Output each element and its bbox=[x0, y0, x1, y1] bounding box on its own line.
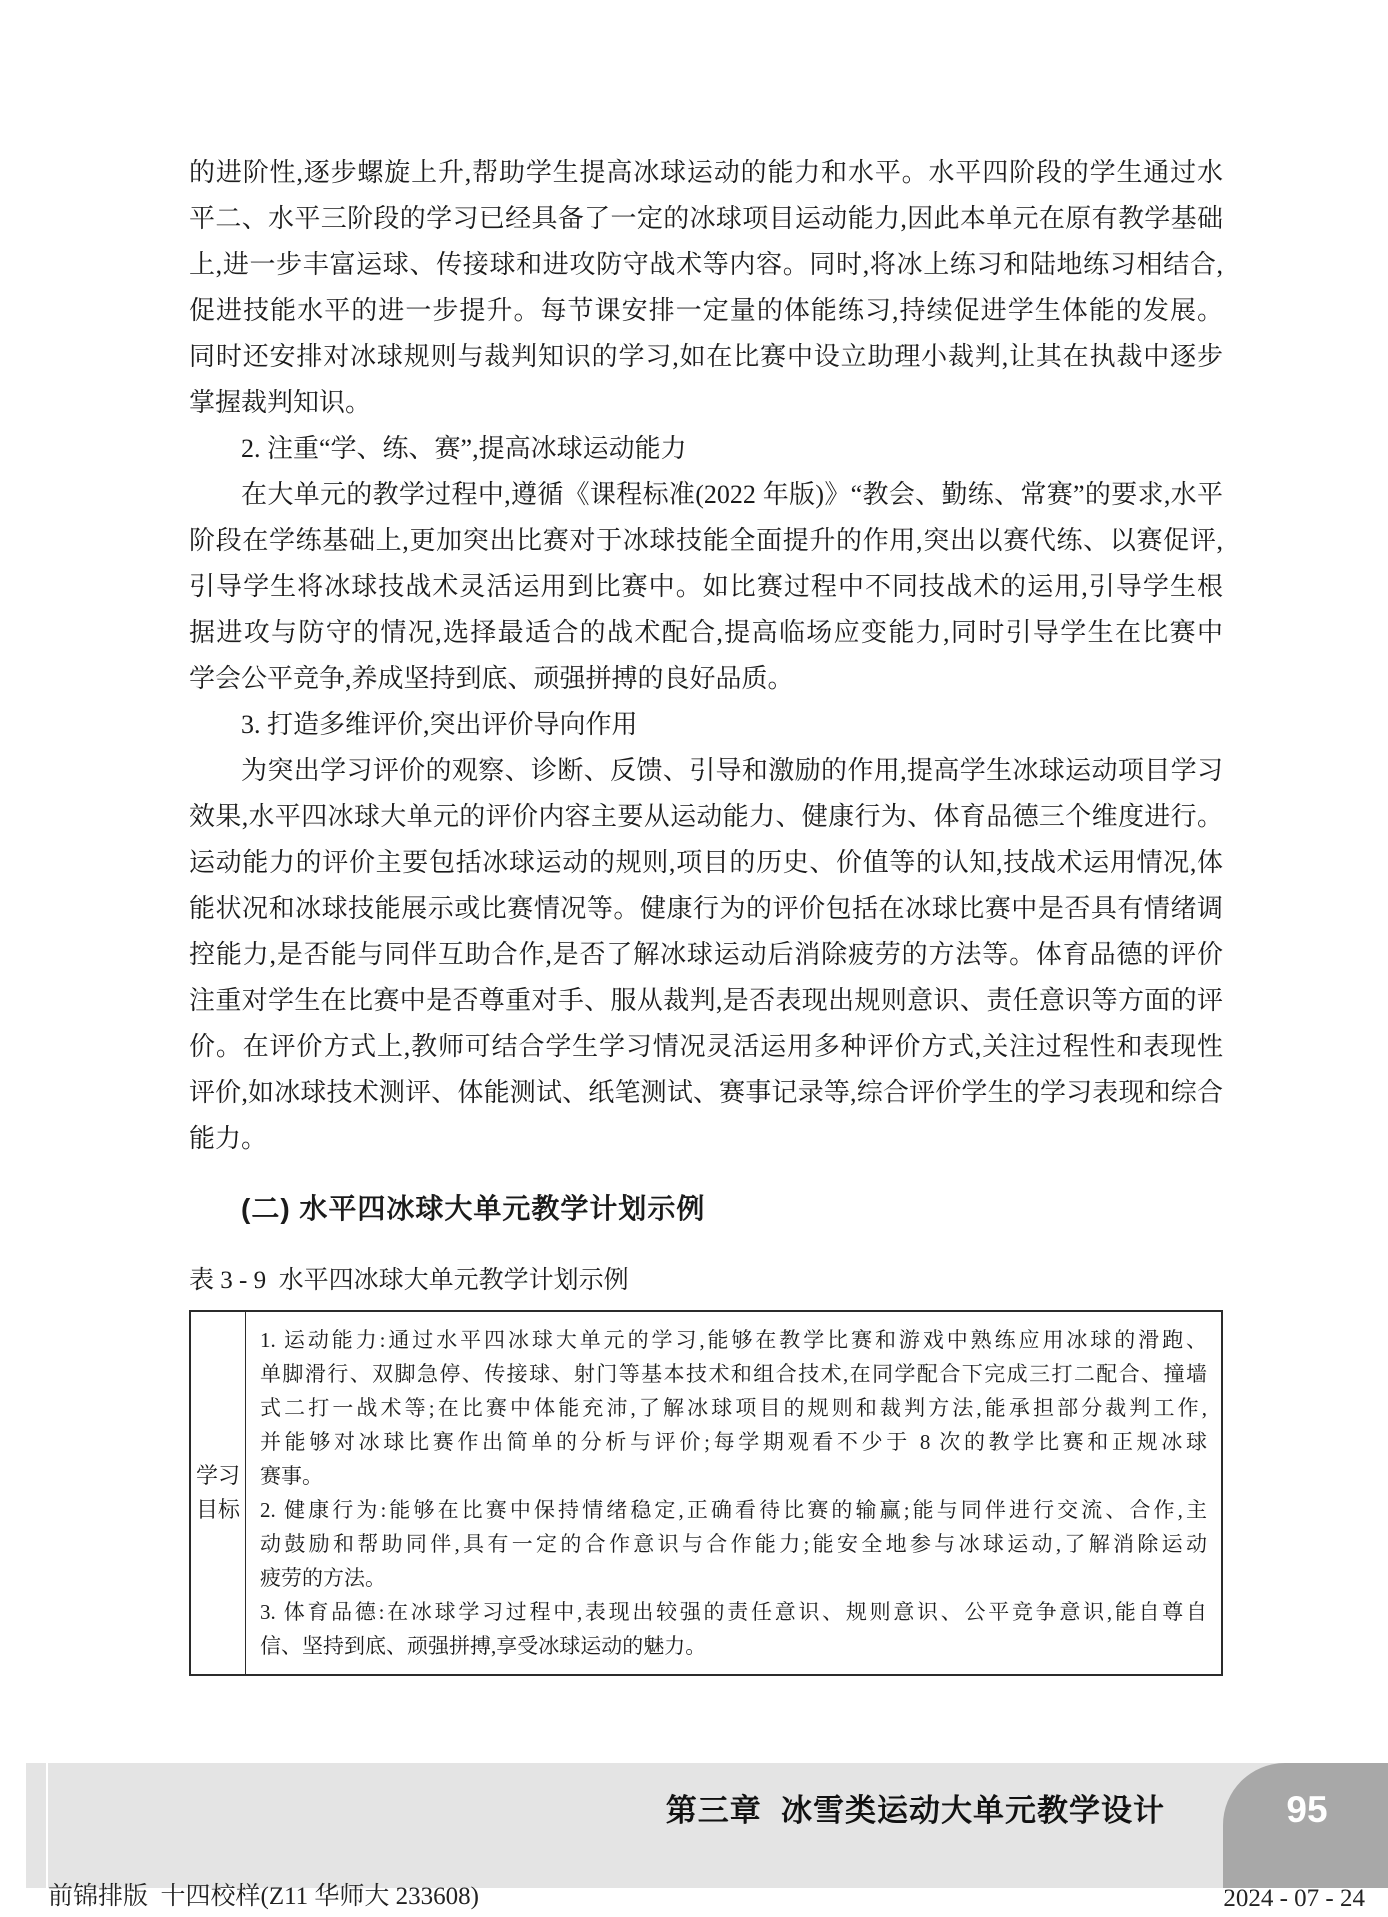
table-text-line: 3. 体育品德:在冰球学习过程中,表现出较强的责任意识、规则意识、公平竞争意识,… bbox=[260, 1595, 1207, 1629]
body-text-line: 促进技能水平的进一步提升。每节课安排一定量的体能练习,持续促进学生体能的发展。 bbox=[189, 288, 1223, 334]
table-text-line: 疲劳的方法。 bbox=[260, 1561, 1207, 1595]
body-text-line: 价。在评价方式上,教师可结合学生学习情况灵活运用多种评价方式,关注过程性和表现性 bbox=[189, 1024, 1223, 1070]
body-text-line: 控能力,是否能与同伴互助合作,是否了解冰球运动后消除疲劳的方法等。体育品德的评价 bbox=[189, 932, 1223, 978]
proof-date: 2024 - 07 - 24 bbox=[1223, 1884, 1365, 1914]
row-header-line: 目标 bbox=[196, 1493, 240, 1527]
table-row-header: 学习目标 bbox=[191, 1312, 246, 1674]
running-chapter-title: 第三章 冰雪类运动大单元教学设计 bbox=[666, 1794, 1165, 1828]
body-text-line: 上,进一步丰富运球、传接球和进攻防守战术等内容。同时,将冰上练习和陆地练习相结合… bbox=[189, 242, 1223, 288]
body-text-line: 据进攻与防守的情况,选择最适合的战术配合,提高临场应变能力,同时引导学生在比赛中 bbox=[189, 610, 1223, 656]
body-paragraphs: 的进阶性,逐步螺旋上升,帮助学生提高冰球运动的能力和水平。水平四阶段的学生通过水… bbox=[189, 150, 1223, 1162]
body-text-line: 效果,水平四冰球大单元的评价内容主要从运动能力、健康行为、体育品德三个维度进行。 bbox=[189, 794, 1223, 840]
body-text-line: 的进阶性,逐步螺旋上升,帮助学生提高冰球运动的能力和水平。水平四阶段的学生通过水 bbox=[189, 150, 1223, 196]
text-column: 的进阶性,逐步螺旋上升,帮助学生提高冰球运动的能力和水平。水平四阶段的学生通过水… bbox=[189, 150, 1223, 1676]
body-text-line: 同时还安排对冰球规则与裁判知识的学习,如在比赛中设立助理小裁判,让其在执裁中逐步 bbox=[189, 334, 1223, 380]
table-text-line: 并能够对冰球比赛作出简单的分析与评价;每学期观看不少于 8 次的教学比赛和正规冰… bbox=[260, 1425, 1207, 1459]
body-text-line: 能力。 bbox=[189, 1116, 1223, 1162]
body-text-line: 注重对学生在比赛中是否尊重对手、服从裁判,是否表现出规则意识、责任意识等方面的评 bbox=[189, 978, 1223, 1024]
table-text-line: 信、坚持到底、顽强拼搏,享受冰球运动的魅力。 bbox=[260, 1629, 1207, 1663]
body-text-line: 评价,如冰球技术测评、体能测试、纸笔测试、赛事记录等,综合评价学生的学习表现和综… bbox=[189, 1070, 1223, 1116]
body-text-line: 学会公平竞争,养成坚持到底、顽强拼搏的良好品质。 bbox=[189, 656, 1223, 702]
body-text-line: 3. 打造多维评价,突出评价导向作用 bbox=[189, 702, 1223, 748]
page: 的进阶性,逐步螺旋上升,帮助学生提高冰球运动的能力和水平。水平四阶段的学生通过水… bbox=[0, 0, 1388, 1917]
page-number: 95 bbox=[1237, 1790, 1377, 1830]
table-text-line: 2. 健康行为:能够在比赛中保持情绪稳定,正确看待比赛的输赢;能与同伴进行交流、… bbox=[260, 1493, 1207, 1527]
body-text-line: 在大单元的教学过程中,遵循《课程标准(2022 年版)》“教会、勤练、常赛”的要… bbox=[189, 472, 1223, 518]
proof-stamp: 前锦排版 十四校样(Z11 华师大 233608) bbox=[48, 1882, 479, 1912]
body-text-line: 引导学生将冰球技战术灵活运用到比赛中。如比赛过程中不同技战术的运用,引导学生根 bbox=[189, 564, 1223, 610]
body-text-line: 运动能力的评价主要包括冰球运动的规则,项目的历史、价值等的认知,技战术运用情况,… bbox=[189, 840, 1223, 886]
table-text-line: 动鼓励和帮助同伴,具有一定的合作意识与合作能力;能安全地参与冰球运动,了解消除运… bbox=[260, 1527, 1207, 1561]
body-text-line: 平二、水平三阶段的学习已经具备了一定的冰球项目运动能力,因此本单元在原有教学基础 bbox=[189, 196, 1223, 242]
learning-goals-table: 学习目标 1. 运动能力:通过水平四冰球大单元的学习,能够在教学比赛和游戏中熟练… bbox=[189, 1310, 1223, 1676]
body-text-line: 为突出学习评价的观察、诊断、反馈、引导和激励的作用,提高学生冰球运动项目学习的 bbox=[189, 748, 1223, 794]
body-text-line: 阶段在学练基础上,更加突出比赛对于冰球技能全面提升的作用,突出以赛代练、以赛促评… bbox=[189, 518, 1223, 564]
row-header-line: 学习 bbox=[196, 1459, 240, 1493]
body-text-line: 2. 注重“学、练、赛”,提高冰球运动能力 bbox=[189, 426, 1223, 472]
table-text-line: 1. 运动能力:通过水平四冰球大单元的学习,能够在教学比赛和游戏中熟练应用冰球的… bbox=[260, 1323, 1207, 1357]
table-text-line: 式二打一战术等;在比赛中体能充沛,了解冰球项目的规则和裁判方法,能承担部分裁判工… bbox=[260, 1391, 1207, 1425]
table-text-line: 赛事。 bbox=[260, 1459, 1207, 1493]
table-content-cell: 1. 运动能力:通过水平四冰球大单元的学习,能够在教学比赛和游戏中熟练应用冰球的… bbox=[246, 1312, 1221, 1674]
table-caption: 表 3 - 9 水平四冰球大单元教学计划示例 bbox=[189, 1260, 1223, 1302]
body-text-line: 掌握裁判知识。 bbox=[189, 380, 1223, 426]
table-text-line: 单脚滑行、双脚急停、传接球、射门等基本技术和组合技术,在同学配合下完成三打二配合… bbox=[260, 1357, 1207, 1391]
subsection-heading: (二) 水平四冰球大单元教学计划示例 bbox=[189, 1186, 1223, 1232]
body-text-line: 能状况和冰球技能展示或比赛情况等。健康行为的评价包括在冰球比赛中是否具有情绪调 bbox=[189, 886, 1223, 932]
footer-edge-strip bbox=[26, 1763, 46, 1888]
